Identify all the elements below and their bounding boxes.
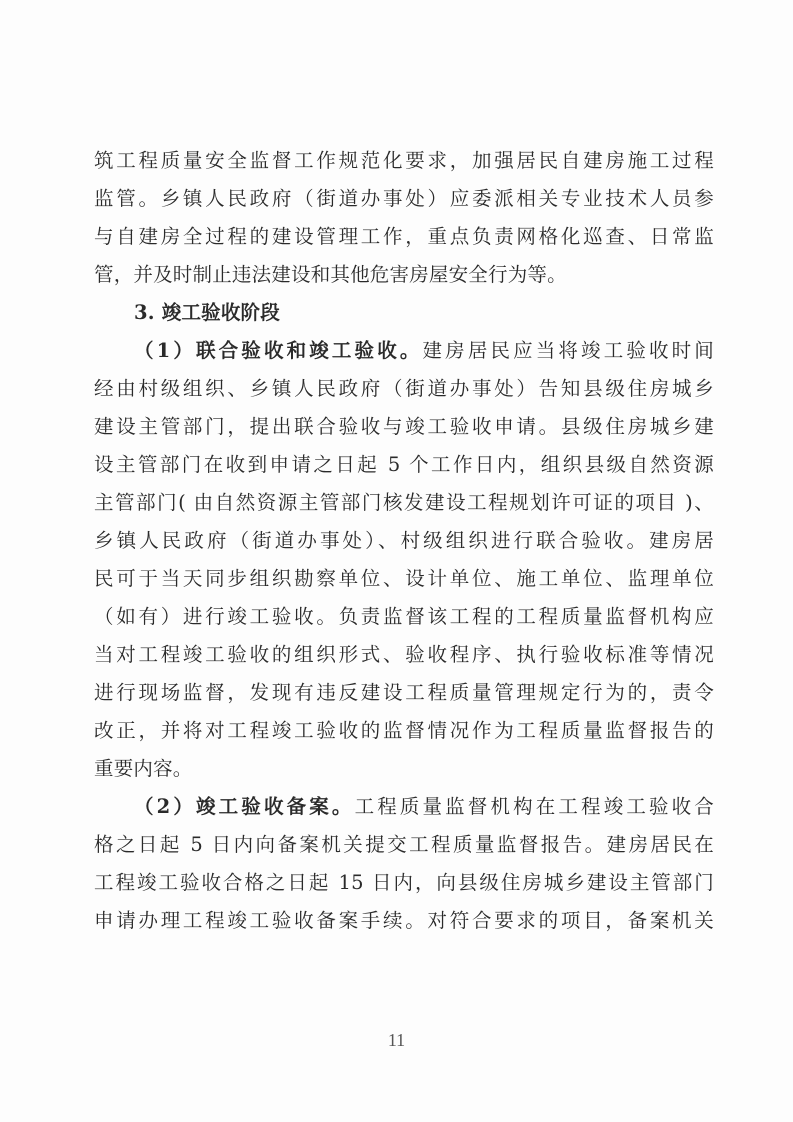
page-number: 11 xyxy=(0,1030,793,1051)
text-line: 格之日起 5 日内向备案机关提交工程质量监督报告。建房居民在 xyxy=(94,828,714,862)
text-line: 建设主管部门，提出联合验收与竣工验收申请。县级住房城乡建 xyxy=(94,410,714,444)
text-line: 经由村级组织、乡镇人民政府（街道办事处）告知县级住房城乡 xyxy=(94,372,714,406)
text-line: 工程竣工验收合格之日起 15 日内，向县级住房城乡建设主管部门 xyxy=(94,866,714,900)
text-line: 筑工程质量安全监督工作规范化要求，加强居民自建房施工过程 xyxy=(94,144,714,178)
text-line: 主管部门( 由自然资源主管部门核发建设工程规划许可证的项目 )、 xyxy=(94,486,714,520)
text-line: 监管。乡镇人民政府（街道办事处）应委派相关专业技术人员参 xyxy=(94,182,714,216)
text-line: 申请办理工程竣工验收备案手续。对符合要求的项目，备案机关 xyxy=(94,904,714,938)
text-line: 乡镇人民政府（街道办事处）、村级组织进行联合验收。建房居 xyxy=(94,524,714,558)
text-line: （如有）进行竣工验收。负责监督该工程的工程质量监督机构应 xyxy=(94,600,714,634)
text-line: 民可于当天同步组织勘察单位、设计单位、施工单位、监理单位 xyxy=(94,562,714,596)
subsection-1-first-line: （1）联合验收和竣工验收。建房居民应当将竣工验收时间 xyxy=(134,334,714,368)
text-run: 建房居民应当将竣工验收时间 xyxy=(423,339,715,362)
text-line: 管，并及时制止违法建设和其他危害房屋安全行为等。 xyxy=(94,258,714,292)
text-line: 进行现场监督，发现有违反建设工程质量管理规定行为的，责令 xyxy=(94,676,714,710)
subsection-1-title: （1）联合验收和竣工验收。 xyxy=(134,339,423,362)
text-run: 工程质量监督机构在工程竣工验收合 xyxy=(355,795,714,818)
document-page: 筑工程质量安全监督工作规范化要求，加强居民自建房施工过程 监管。乡镇人民政府（街… xyxy=(0,0,793,1122)
section-heading: 3. 竣工验收阶段 xyxy=(134,296,714,330)
subsection-2-title: （2）竣工验收备案。 xyxy=(134,795,355,818)
text-line: 设主管部门在收到申请之日起 5 个工作日内，组织县级自然资源 xyxy=(94,448,714,482)
subsection-2-first-line: （2）竣工验收备案。工程质量监督机构在工程竣工验收合 xyxy=(134,790,714,824)
text-line: 重要内容。 xyxy=(94,752,714,786)
text-line: 当对工程竣工验收的组织形式、验收程序、执行验收标准等情况 xyxy=(94,638,714,672)
text-line: 改正，并将对工程竣工验收的监督情况作为工程质量监督报告的 xyxy=(94,714,714,748)
text-line: 与自建房全过程的建设管理工作，重点负责网格化巡查、日常监 xyxy=(94,220,714,254)
